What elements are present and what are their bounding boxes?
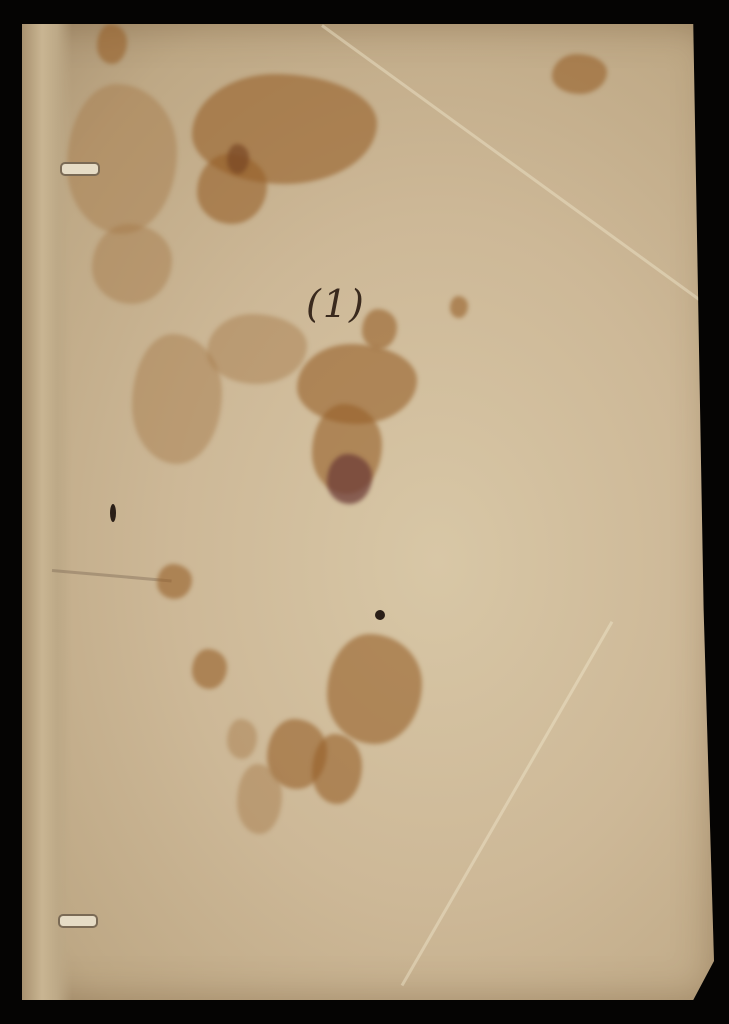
stain: [312, 734, 362, 804]
crease: [401, 621, 614, 986]
stain: [157, 564, 192, 599]
stain: [237, 764, 282, 834]
stain: [67, 84, 177, 234]
binding-stitch: [60, 162, 100, 176]
stain: [362, 309, 397, 349]
ink-dot: [110, 504, 116, 522]
stain: [207, 314, 307, 384]
stain: [92, 224, 172, 304]
stain: [450, 296, 468, 318]
stain: [327, 634, 422, 744]
book-cover: (1): [22, 24, 714, 1000]
stain: [227, 719, 257, 759]
crease: [321, 24, 703, 303]
stain: [327, 454, 372, 504]
stain: [192, 649, 227, 689]
ink-dot: [375, 610, 385, 620]
stain: [97, 24, 127, 64]
stain: [552, 54, 607, 94]
binding-stitch: [58, 914, 98, 928]
handwritten-mark: (1): [306, 282, 366, 326]
